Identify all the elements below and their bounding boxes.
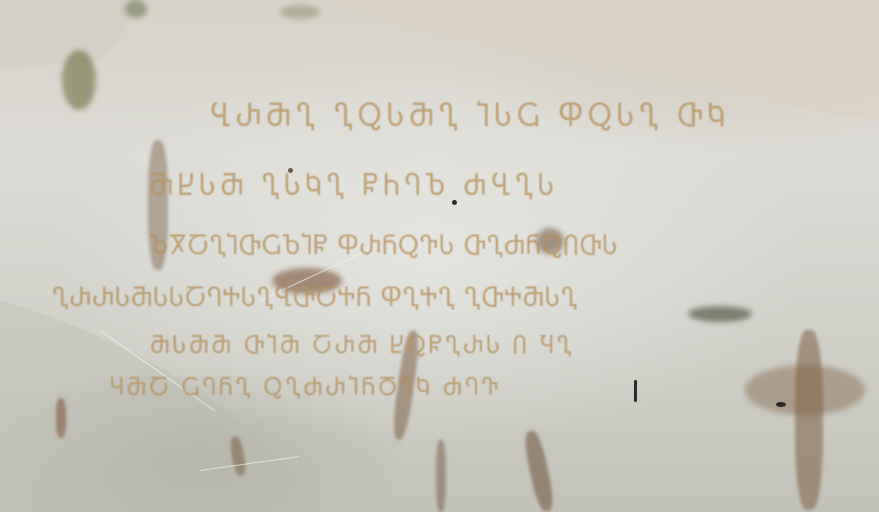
inscription-line-2: ႫႾႱႫ ႢႱႩႢ ႼႹႤႦ ႻႡႢႱ [150,172,559,202]
inscription-line-6: ႷႫႠ ႺႤႬႢ ႭႢႻႰႨႬႣႤႩ ႻႤႥ [110,376,501,401]
inscription-line-4: ႢႰႰႱႫႱႱႠႤႵႱႢႡႧႠႵႬ ႴႢႵႢ ႢႧႵႫႱႢ [52,284,578,312]
inscription-line-1: ႡႰႫႢ ႢႭႱႫႢ ႨႱႺ ႴႭႱႢ ႧႩ [210,100,730,133]
inscription-line-5: ႫႱႫႫ ႧႨႫ ႠႰႫ ႾႭႼႢႰႱ Ⴖ ႯႢ [150,334,574,359]
inscription-line-3: ႦႿႠႢႨႧႺႦႨႼ ႴႰႬႭႥႱ ႧႢႻႬႭႶႧႱ [150,232,618,260]
weathered-wall-photo: ႡႰႫႢ ႢႭႱႫႢ ႨႱႺ ႴႭႱႢ ႧႩ ႫႾႱႫ ႢႱႩႢ ႼႹႤႦ ႻႡ… [0,0,879,512]
georgian-inscription: ႡႰႫႢ ႢႭႱႫႢ ႨႱႺ ႴႭႱႢ ႧႩ ႫႾႱႫ ႢႱႩႢ ႼႹႤႦ ႻႡ… [0,0,879,512]
